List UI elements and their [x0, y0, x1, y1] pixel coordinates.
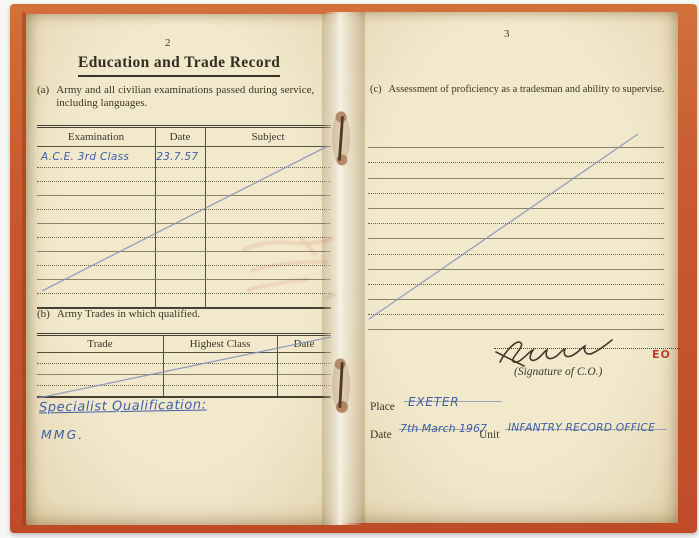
page-title: Education and Trade Record — [78, 54, 280, 77]
exam-date-value: 23.7.57 — [154, 151, 206, 163]
table-a-row-1: A.C.E. 3rd Class 23.7.57 — [37, 147, 331, 168]
table-a-empty-row — [37, 238, 331, 252]
table-b-header-row: Trade Highest Class Date — [37, 336, 331, 353]
mmg-note: MMG. — [41, 427, 84, 442]
section-c-paragraph: (c) Assessment of proficiency as a trade… — [370, 83, 664, 96]
table-a-empty-row — [37, 294, 331, 307]
section-c-text: Assessment of proficiency as a tradesman… — [389, 83, 665, 96]
date-value: 7th March 1967 — [400, 422, 487, 435]
trades-table: Trade Highest Class Date — [37, 333, 331, 398]
place-value: EXETER — [408, 395, 459, 409]
table-a-empty-row — [37, 252, 331, 266]
section-a-text: Army and all civilian examinations passe… — [56, 84, 314, 110]
table-a-empty-row — [37, 224, 331, 238]
table-a-header-row: Examination Date Subject — [37, 128, 331, 147]
page-number-right: 3 — [504, 28, 510, 40]
section-c-label: (c) — [370, 83, 382, 96]
table-b-empty-row — [37, 364, 331, 375]
page-number-left: 2 — [165, 37, 171, 49]
date-label: Date — [370, 429, 392, 441]
table-a-empty-row — [37, 210, 331, 224]
right-page: 3 (c) Assessment of proficiency as a tra… — [342, 12, 678, 523]
table-a-empty-row — [37, 168, 331, 182]
section-a-paragraph: (a) Army and all civilian examinations p… — [37, 84, 323, 110]
section-a-label: (a) — [37, 84, 49, 110]
examinations-table: Examination Date Subject A.C.E. 3rd Clas… — [37, 125, 331, 309]
co-initials-red: EO — [652, 348, 671, 361]
table-b-empty-row — [37, 375, 331, 386]
table-a-header-date: Date — [155, 131, 205, 143]
exam-name-value: A.C.E. 3rd Class — [37, 151, 154, 163]
unit-label: Unit — [479, 429, 499, 441]
signature-caption: (Signature of C.O.) — [514, 366, 602, 378]
table-a-empty-row — [37, 182, 331, 196]
place-label: Place — [370, 401, 395, 413]
table-a-empty-row — [37, 196, 331, 210]
table-a-empty-row — [37, 280, 331, 294]
table-a-empty-row — [37, 266, 331, 280]
table-b-empty-row — [37, 386, 331, 396]
table-b-header-highest-class: Highest Class — [163, 338, 277, 350]
section-b-paragraph: (b) Army Trades in which qualified. — [37, 308, 327, 321]
table-a-header-examination: Examination — [37, 131, 155, 143]
assessment-ruled-lines — [368, 133, 664, 330]
scanned-record-book: 2 Education and Trade Record (a) Army an… — [0, 0, 699, 538]
table-a-header-subject: Subject — [205, 131, 331, 143]
left-page: 2 Education and Trade Record (a) Army an… — [26, 14, 342, 525]
table-b-header-date: Date — [277, 338, 331, 350]
section-b-text: Army Trades in which qualified. — [57, 308, 200, 321]
section-b-label: (b) — [37, 308, 50, 321]
specialist-qualification-note: Specialist Qualification: — [39, 398, 207, 416]
table-b-header-trade: Trade — [37, 338, 163, 350]
unit-value: INFANTRY RECORD OFFICE — [508, 422, 655, 434]
table-b-empty-row — [37, 353, 331, 364]
